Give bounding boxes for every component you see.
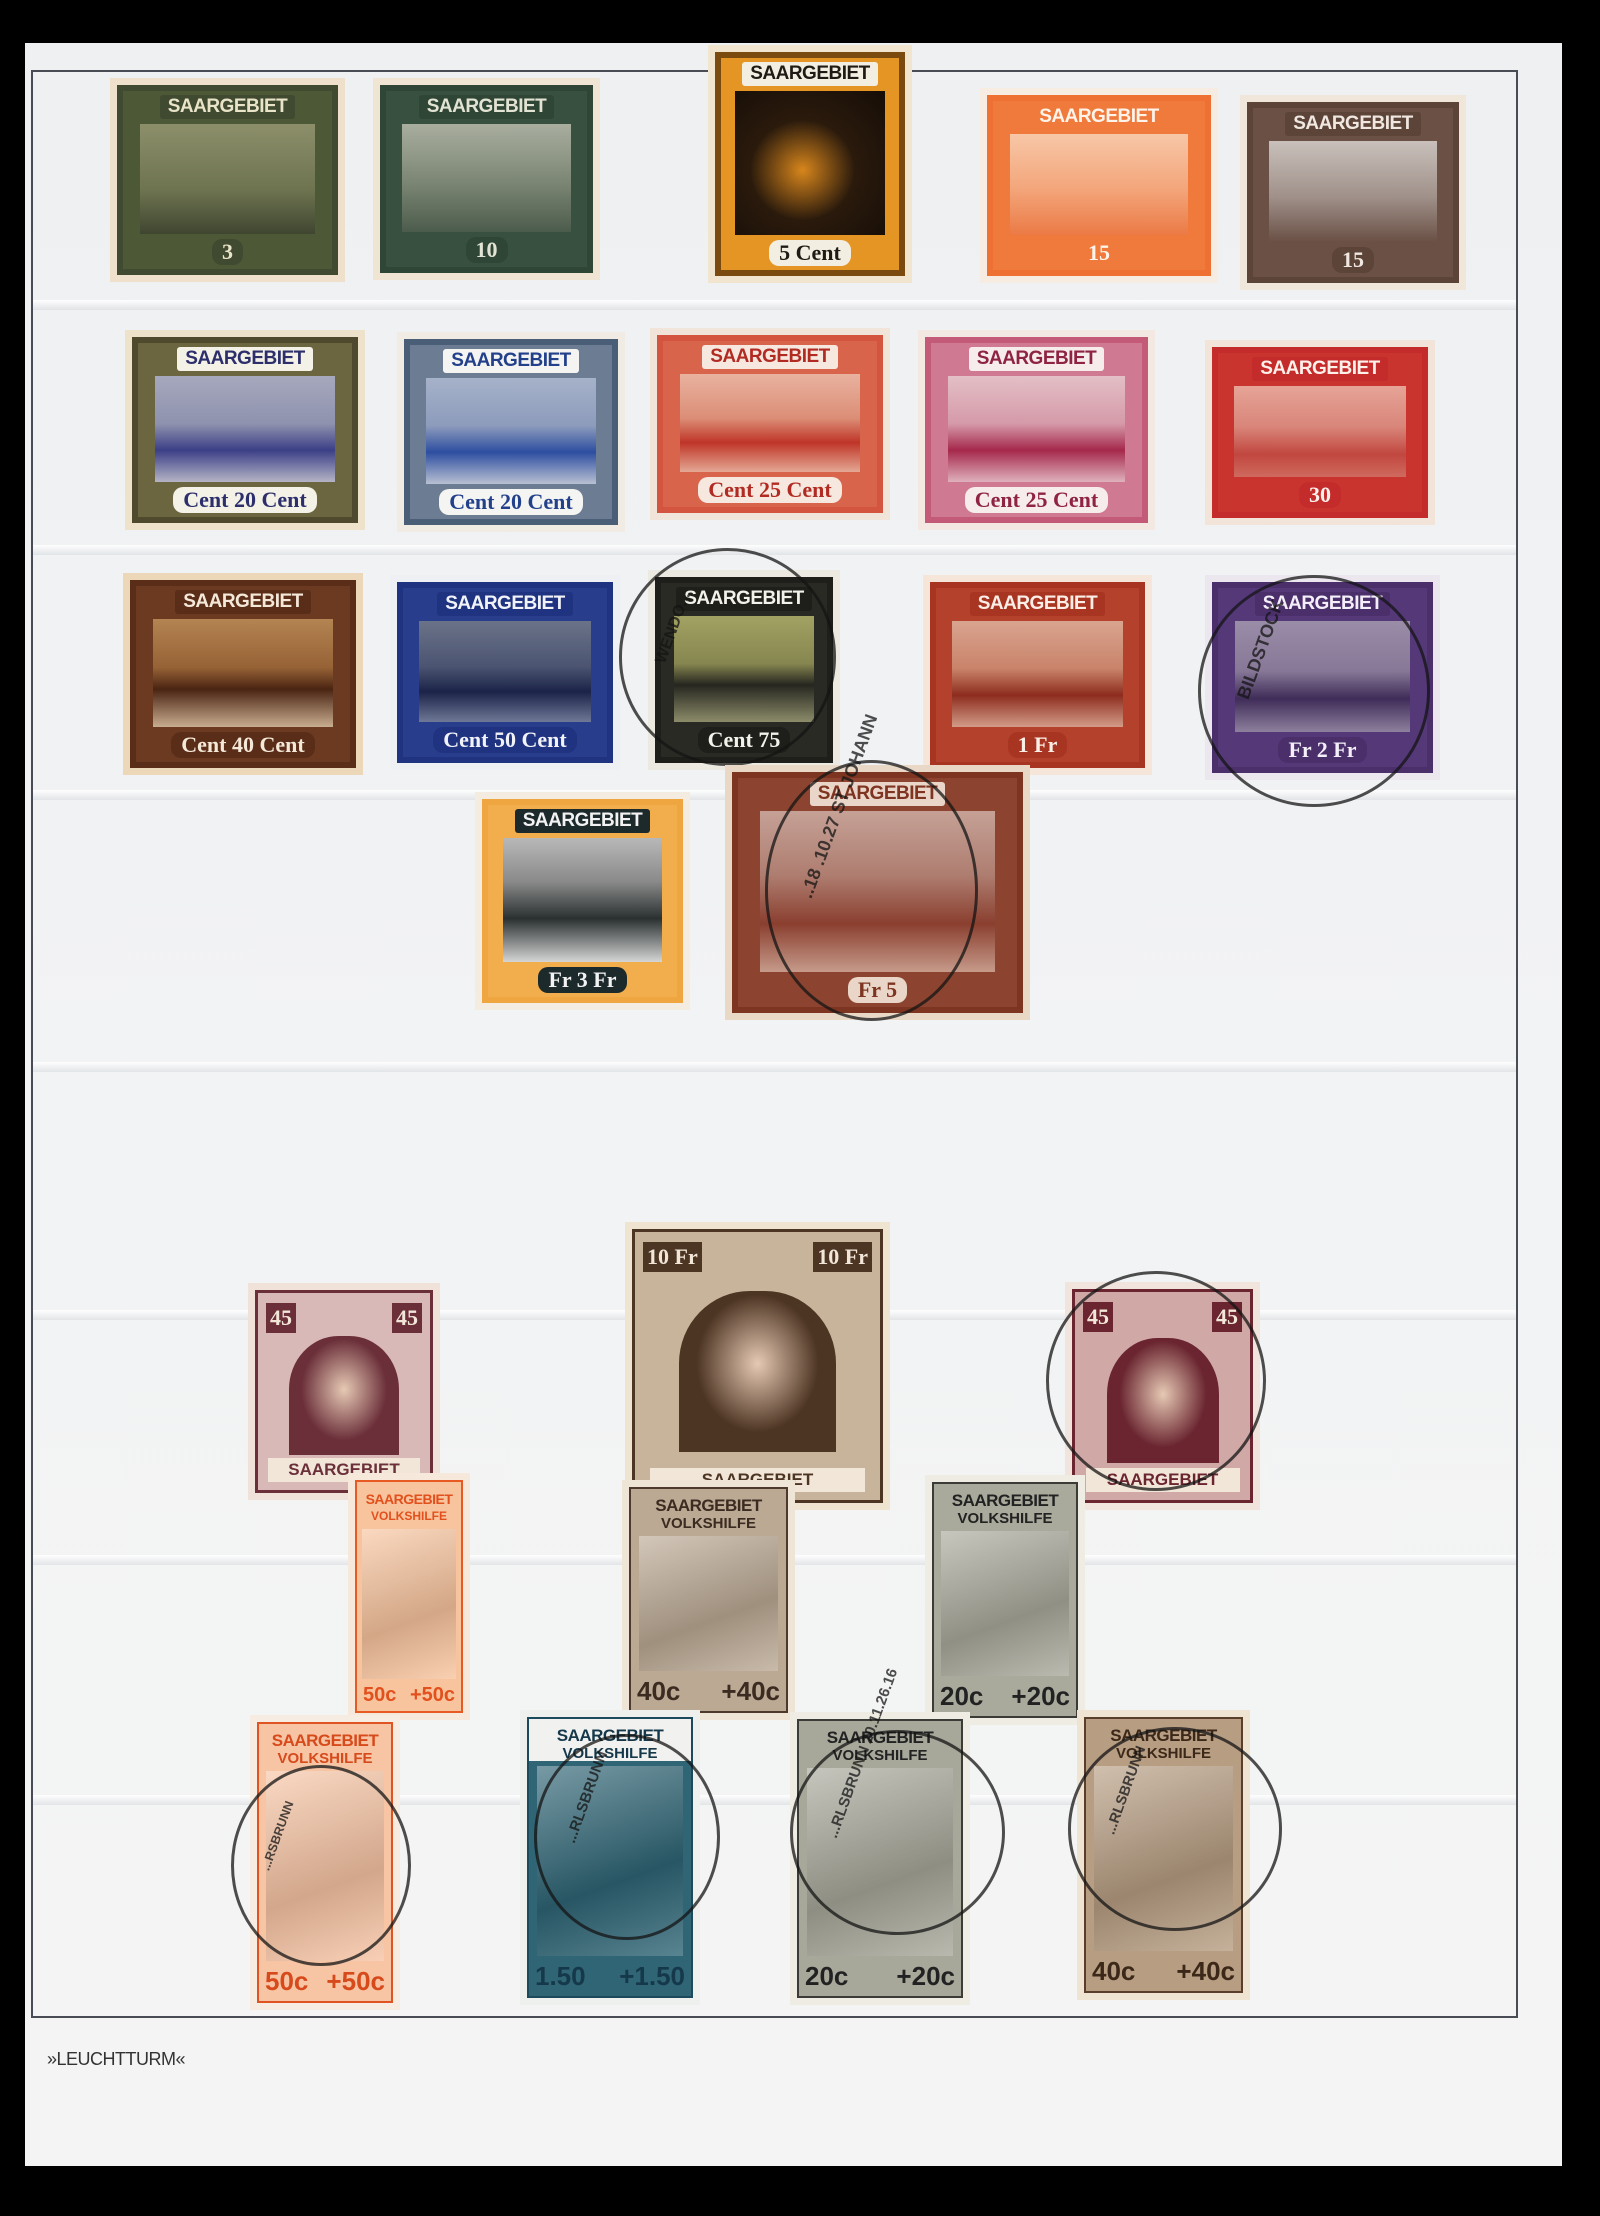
stamp-2[interactable]: SAARGEBIET10 xyxy=(373,78,600,280)
stamp-value: Cent 25 Cent xyxy=(965,487,1108,513)
stamp-title: SAARGEBIET xyxy=(934,1491,1076,1511)
stamp-surcharge: +50c xyxy=(326,1966,385,1997)
stamp-25[interactable]: SAARGEBIETVOLKSHILFE1.50+1.50...RLSBRUNN xyxy=(520,1710,700,2005)
stamp-vignette xyxy=(807,1768,953,1956)
stamp-vignette xyxy=(674,616,813,722)
stamp-title: SAARGEBIET xyxy=(259,1731,391,1751)
stamp-10[interactable]: SAARGEBIET30 xyxy=(1205,340,1435,525)
stamp-design: SAARGEBIET10 xyxy=(380,85,593,273)
stamp-26[interactable]: SAARGEBIETVOLKSHILFE20c+20c...RLSBRUNN 2… xyxy=(790,1712,970,2005)
stamp-vignette xyxy=(680,374,860,472)
stamp-surcharge: +20c xyxy=(896,1961,955,1992)
stamp-design: SAARGEBIETFr 5 xyxy=(732,772,1023,1013)
stamp-11[interactable]: SAARGEBIETCent 40 Cent xyxy=(123,573,363,775)
stamp-14[interactable]: SAARGEBIET1 Fr xyxy=(923,575,1152,775)
stamp-value: 40c xyxy=(637,1676,680,1707)
stamp-4[interactable]: SAARGEBIET15 xyxy=(980,88,1218,283)
stamp-value: Cent 75 xyxy=(698,727,791,753)
stamp-subtitle: VOLKSHILFE xyxy=(934,1511,1076,1526)
stamp-value: 1 Fr xyxy=(1008,732,1068,758)
stamp-title: SAARGEBIET xyxy=(357,1489,461,1509)
stamp-design: SAARGEBIETFr 3 Fr xyxy=(482,799,683,1003)
stamp-3[interactable]: SAARGEBIET5 Cent xyxy=(708,45,912,283)
stamp-surcharge: +1.50 xyxy=(619,1961,685,1992)
stamp-design: SAARGEBIETCent 25 Cent xyxy=(657,335,883,513)
stamp-vignette xyxy=(419,621,590,722)
stamp-value: Cent 25 Cent xyxy=(698,477,841,503)
stamp-title: SAARGEBIET xyxy=(676,587,812,611)
stamp-subtitle: VOLKSHILFE xyxy=(799,1748,961,1763)
stamp-title: SAARGEBIET xyxy=(631,1496,786,1516)
stamp-12[interactable]: SAARGEBIETCent 50 Cent xyxy=(390,575,620,770)
stamp-design: SAARGEBIETCent 75 xyxy=(655,577,833,763)
stamp-title: SAARGEBIET xyxy=(742,62,878,86)
stamp-value: 10 xyxy=(466,237,508,263)
stamp-design: SAARGEBIETVOLKSHILFE50c+50c xyxy=(257,1722,393,2003)
stamp-vignette xyxy=(155,376,335,482)
stamp-value-left: 45 xyxy=(266,1303,296,1333)
stamp-value-left: 45 xyxy=(1083,1302,1113,1332)
stamp-vignette xyxy=(760,811,994,972)
stamp-title: SAARGEBIET xyxy=(810,782,946,806)
stamp-design: SAARGEBIETCent 50 Cent xyxy=(397,582,613,763)
stamp-design: 4545SAARGEBIET xyxy=(1072,1289,1253,1503)
stamp-title: SAARGEBIET xyxy=(1031,105,1167,129)
stamp-value: Fr 5 xyxy=(848,977,907,1003)
stamp-design: SAARGEBIET3 xyxy=(117,85,338,275)
stamp-21[interactable]: SAARGEBIETVOLKSHILFE50c+50c xyxy=(348,1473,470,1720)
stamp-value: 3 xyxy=(212,239,243,265)
stamp-design: 10 Fr10 FrSAARGEBIET xyxy=(632,1229,883,1503)
stamp-design: SAARGEBIETFr 2 Fr xyxy=(1212,582,1433,773)
stamp-value-left: 10 Fr xyxy=(643,1242,702,1272)
stamp-value: Cent 20 Cent xyxy=(439,489,582,515)
stamp-subtitle: VOLKSHILFE xyxy=(529,1746,691,1761)
stamp-vignette xyxy=(735,91,885,235)
stamp-vignette xyxy=(952,621,1123,727)
stamp-subtitle: VOLKSHILFE xyxy=(357,1509,461,1524)
stamp-title: SAARGEBIET xyxy=(1285,112,1421,136)
stamp-design: SAARGEBIETCent 25 Cent xyxy=(925,337,1148,523)
mounting-strip xyxy=(33,300,1516,310)
stamp-design: SAARGEBIET15 xyxy=(987,95,1211,276)
stamp-design: SAARGEBIETVOLKSHILFE20c+20c xyxy=(797,1719,963,1998)
madonna-image xyxy=(289,1336,399,1454)
mounting-strip xyxy=(33,545,1516,555)
stamp-value: 1.50 xyxy=(535,1961,586,1992)
mounting-strip xyxy=(33,1062,1516,1072)
stamp-design: SAARGEBIETVOLKSHILFE40c+40c xyxy=(1084,1717,1243,1993)
stamp-title: SAARGEBIET xyxy=(1086,1468,1240,1492)
stamp-vignette xyxy=(1269,141,1437,242)
stamp-value: 30 xyxy=(1299,482,1341,508)
stamp-value: Cent 20 Cent xyxy=(173,487,316,513)
stamp-vignette xyxy=(362,1529,456,1679)
stamp-vignette xyxy=(639,1536,779,1671)
stamp-design: SAARGEBIETVOLKSHILFE50c+50c xyxy=(355,1480,463,1713)
stamp-title: SAARGEBIET xyxy=(443,349,579,373)
stamp-title: SAARGEBIET xyxy=(1255,592,1391,616)
madonna-image xyxy=(679,1291,836,1452)
stamp-value: Cent 50 Cent xyxy=(433,727,576,753)
stamp-vignette xyxy=(153,619,333,727)
stamp-design: SAARGEBIETCent 20 Cent xyxy=(404,339,618,525)
stamp-title: SAARGEBIET xyxy=(177,347,313,371)
stamp-title: SAARGEBIET xyxy=(160,95,296,119)
stamp-value: 50c xyxy=(265,1966,308,1997)
stamp-design: SAARGEBIETCent 20 Cent xyxy=(132,337,358,523)
stamp-subtitle: VOLKSHILFE xyxy=(259,1751,391,1766)
stamp-9[interactable]: SAARGEBIETCent 25 Cent xyxy=(918,330,1155,530)
stamp-8[interactable]: SAARGEBIETCent 25 Cent xyxy=(650,328,890,520)
stamp-value: 40c xyxy=(1092,1956,1135,1987)
stamp-6[interactable]: SAARGEBIETCent 20 Cent xyxy=(125,330,365,530)
stamp-design: SAARGEBIETVOLKSHILFE40c+40c xyxy=(629,1487,788,1713)
stamp-design: SAARGEBIET30 xyxy=(1212,347,1428,518)
stamp-value: 15 xyxy=(1078,240,1120,266)
stamp-value: 20c xyxy=(940,1681,983,1712)
stamp-vignette xyxy=(1010,134,1188,235)
stamp-20[interactable]: 4545SAARGEBIET xyxy=(1065,1282,1260,1510)
stamp-15[interactable]: SAARGEBIETFr 2 FrBILDSTOCK xyxy=(1205,575,1440,780)
stamp-vignette xyxy=(537,1766,683,1956)
stamp-22[interactable]: SAARGEBIETVOLKSHILFE40c+40c xyxy=(622,1480,795,1720)
stamp-16[interactable]: SAARGEBIETFr 3 Fr xyxy=(475,792,690,1010)
stamp-title: SAARGEBIET xyxy=(799,1728,961,1748)
stamp-7[interactable]: SAARGEBIETCent 20 Cent xyxy=(397,332,625,532)
stamp-vignette xyxy=(1235,621,1411,732)
stamp-title: SAARGEBIET xyxy=(970,592,1106,616)
stamp-vignette xyxy=(948,376,1125,482)
stamp-vignette xyxy=(140,124,316,234)
stamp-title: SAARGEBIET xyxy=(1252,357,1388,381)
stamp-vignette xyxy=(1094,1766,1234,1951)
stamp-value: 15 xyxy=(1332,247,1374,273)
stamp-subtitle: VOLKSHILFE xyxy=(1086,1746,1241,1761)
stamp-design: SAARGEBIETCent 40 Cent xyxy=(130,580,356,768)
stamp-design: SAARGEBIET1 Fr xyxy=(930,582,1145,768)
stamp-value: Fr 3 Fr xyxy=(538,967,626,993)
stamp-title: SAARGEBIET xyxy=(515,809,651,833)
madonna-image xyxy=(1107,1338,1219,1463)
stamp-design: SAARGEBIET5 Cent xyxy=(715,52,905,276)
stamp-surcharge: +40c xyxy=(1176,1956,1235,1987)
stamp-vignette xyxy=(941,1531,1069,1676)
stamp-subtitle: VOLKSHILFE xyxy=(631,1516,786,1531)
stamp-18[interactable]: 4545SAARGEBIET xyxy=(248,1283,440,1500)
stamp-value-right: 45 xyxy=(392,1303,422,1333)
stamp-13[interactable]: SAARGEBIETCent 75WENDO... xyxy=(648,570,840,770)
stamp-title: SAARGEBIET xyxy=(1086,1726,1241,1746)
stamp-1[interactable]: SAARGEBIET3 xyxy=(110,78,345,282)
stamp-vignette xyxy=(503,838,662,962)
stamp-title: SAARGEBIET xyxy=(529,1726,691,1746)
stamp-value: Fr 2 Fr xyxy=(1278,737,1366,763)
stamp-title: SAARGEBIET xyxy=(175,590,311,614)
brand-label: »LEUCHTTURM« xyxy=(47,2049,185,2070)
stamp-value-right: 45 xyxy=(1212,1302,1242,1332)
stamp-23[interactable]: SAARGEBIETVOLKSHILFE20c+20c xyxy=(925,1475,1085,1725)
stamp-surcharge: +20c xyxy=(1011,1681,1070,1712)
stamp-vignette xyxy=(266,1771,385,1961)
stamp-value: Cent 40 Cent xyxy=(171,732,314,758)
stamp-vignette xyxy=(402,124,571,232)
stamp-title: SAARGEBIET xyxy=(969,347,1105,371)
stamp-19[interactable]: 10 Fr10 FrSAARGEBIET xyxy=(625,1222,890,1510)
stamp-27[interactable]: SAARGEBIETVOLKSHILFE40c+40c...RLSBRUNN xyxy=(1077,1710,1250,2000)
stamp-title: SAARGEBIET xyxy=(702,345,838,369)
stamp-vignette xyxy=(1234,386,1405,477)
stamp-24[interactable]: SAARGEBIETVOLKSHILFE50c+50c...RSBRUNN xyxy=(250,1715,400,2010)
stamp-surcharge: +50c xyxy=(410,1684,455,1707)
stamp-vignette xyxy=(426,378,596,484)
stamp-design: SAARGEBIETVOLKSHILFE20c+20c xyxy=(932,1482,1078,1718)
stamp-value: 20c xyxy=(805,1961,848,1992)
stamp-value: 5 Cent xyxy=(769,240,851,266)
stamp-title: SAARGEBIET xyxy=(437,592,573,616)
stamp-5[interactable]: SAARGEBIET15 xyxy=(1240,95,1466,290)
stamp-value-right: 10 Fr xyxy=(813,1242,872,1272)
stamp-surcharge: +40c xyxy=(721,1676,780,1707)
stamp-title: SAARGEBIET xyxy=(419,95,555,119)
stamp-design: SAARGEBIET15 xyxy=(1247,102,1459,283)
stamp-design: SAARGEBIETVOLKSHILFE1.50+1.50 xyxy=(527,1717,693,1998)
stamp-design: 4545SAARGEBIET xyxy=(255,1290,433,1493)
stamp-17[interactable]: SAARGEBIETFr 5..18 .10.27 ST JOHANN xyxy=(725,765,1030,1020)
stamp-value: 50c xyxy=(363,1684,396,1707)
